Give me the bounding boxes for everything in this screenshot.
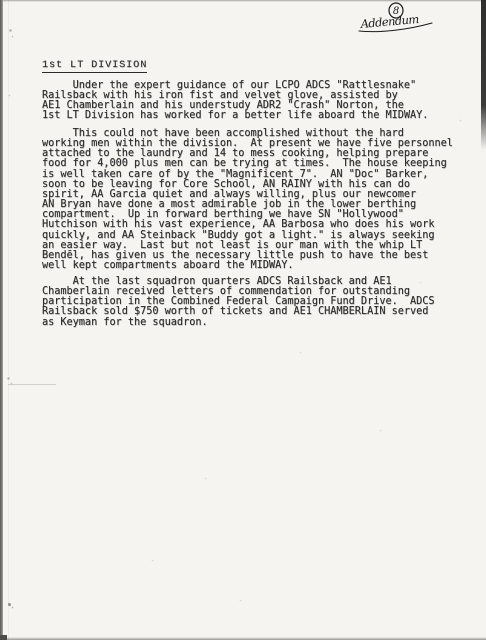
section-heading: 1st LT DIVISION xyxy=(42,61,147,73)
paragraph-2: This could not have been accomplished wi… xyxy=(42,129,453,271)
paragraph-3: At the last squadron quarters ADCS Rails… xyxy=(42,277,435,328)
scanned-document-page: 8 Addendum 1st LT DIVISION Under the exp… xyxy=(0,0,486,640)
paragraph-1: Under the expert guidance of our LCPO AD… xyxy=(42,81,428,122)
scan-edge-right xyxy=(481,0,486,150)
scan-artifact-line xyxy=(8,0,9,640)
handwritten-annotation: 8 Addendum xyxy=(352,1,447,37)
handwriting-graphic: 8 Addendum xyxy=(352,1,447,37)
scan-scratch-mark xyxy=(8,384,56,385)
scan-noise-speckles xyxy=(0,0,1,1)
scan-corner-mark xyxy=(0,635,7,640)
scan-edge-left xyxy=(0,0,3,640)
